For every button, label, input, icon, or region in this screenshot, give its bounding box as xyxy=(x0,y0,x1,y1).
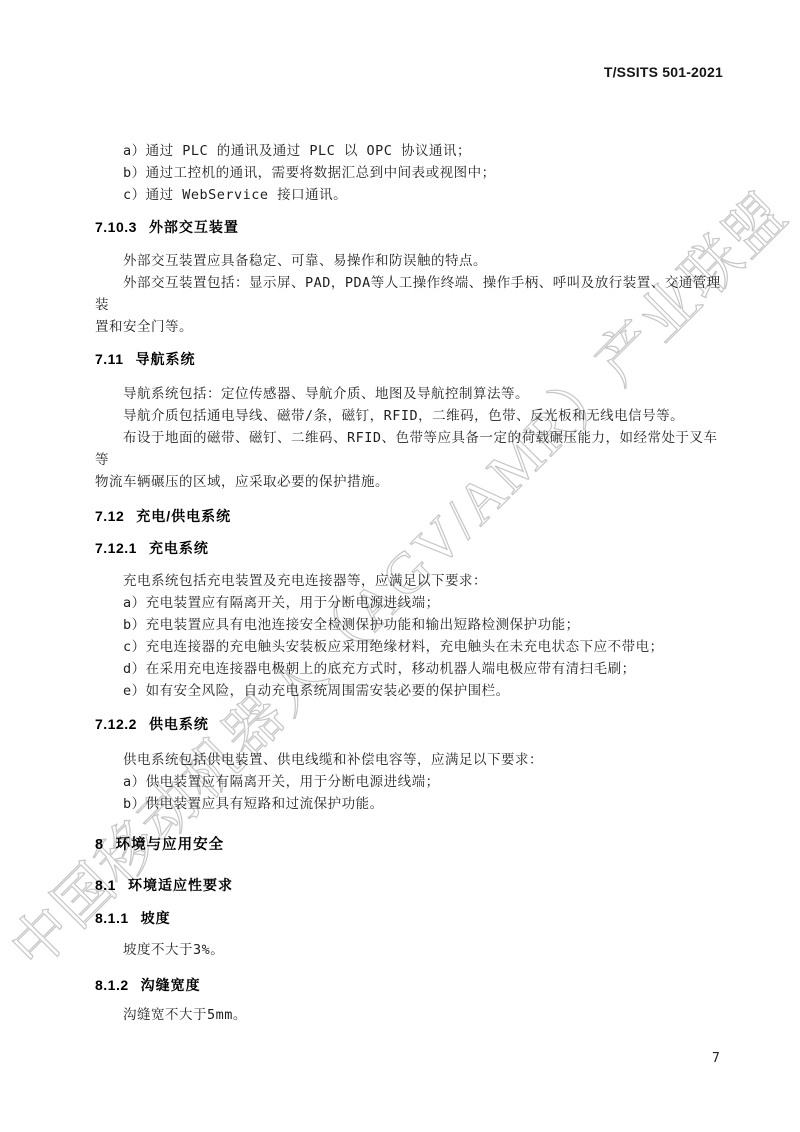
heading-title: 环境适应性要求 xyxy=(128,877,233,893)
list-item: b）充电装置应具有电池连接安全检测保护功能和输出短路检测保护功能； xyxy=(95,614,729,636)
heading-number: 7.12 xyxy=(95,508,124,524)
heading-title: 导航系统 xyxy=(135,351,195,367)
paragraph: 外部交互装置应具备稳定、可靠、易操作和防误触的特点。 xyxy=(95,250,729,272)
list-item: b）通过工控机的通讯，需要将数据汇总到中间表或视图中； xyxy=(95,162,729,184)
heading-8-1-1: 8.1.1坡度 xyxy=(95,907,729,929)
heading-number: 8 xyxy=(95,837,104,853)
page-number: 7 xyxy=(712,1051,720,1066)
paragraph-line: 布设于地面的磁带、磁钉、二维码、RFID、色带等应具备一定的荷载碾压能力，如经常… xyxy=(95,427,729,471)
heading-title: 外部交互装置 xyxy=(149,219,239,235)
list-item: a）供电装置应有隔离开关，用于分断电源进线端； xyxy=(95,771,729,793)
heading-title: 充电/供电系统 xyxy=(136,508,231,524)
standard-code-header: T/SSITS 501-2021 xyxy=(604,64,723,80)
heading-number: 7.12.2 xyxy=(95,716,137,732)
paragraph: 供电系统包括供电装置、供电线缆和补偿电容等，应满足以下要求： xyxy=(95,749,729,771)
paragraph: 导航系统包括：定位传感器、导航介质、地图及导航控制算法等。 xyxy=(95,383,729,405)
list-item: d）在采用充电连接器电极朝上的底充方式时，移动机器人端电极应带有清扫毛刷； xyxy=(95,658,729,680)
list-item: c）充电连接器的充电触头安装板应采用绝缘材料，充电触头在未充电状态下应不带电； xyxy=(95,636,729,658)
list-item: b）供电装置应具有短路和过流保护功能。 xyxy=(95,793,729,815)
paragraph: 坡度不大于3%。 xyxy=(95,939,729,961)
heading-8-1-2: 8.1.2沟缝宽度 xyxy=(95,974,729,996)
paragraph-line: 置和安全门等。 xyxy=(95,316,729,338)
heading-7-12-2: 7.12.2供电系统 xyxy=(95,713,729,735)
list-item: a）充电装置应有隔离开关，用于分断电源进线端； xyxy=(95,592,729,614)
heading-number: 8.1.1 xyxy=(95,910,129,926)
heading-7-11: 7.11导航系统 xyxy=(95,348,729,370)
document-page: 中国移动机器人（AGV/AMR）产业联盟 T/SSITS 501-2021 a）… xyxy=(0,0,800,1132)
heading-number: 7.11 xyxy=(95,351,123,367)
heading-8: 8环境与应用安全 xyxy=(95,834,729,856)
heading-7-12: 7.12充电/供电系统 xyxy=(95,505,729,527)
paragraph-line: 物流车辆碾压的区域，应采取必要的保护措施。 xyxy=(95,471,729,493)
paragraph: 导航介质包括通电导线、磁带/条，磁钉，RFID，二维码，色带、反光板和无线电信号… xyxy=(95,405,729,427)
list-item: c）通过 WebService 接口通讯。 xyxy=(95,184,729,206)
paragraph-line: 外部交互装置包括：显示屏、PAD，PDA等人工操作终端、操作手柄、呼叫及放行装置… xyxy=(95,272,729,316)
list-item: e）如有安全风险，自动充电系统周围需安装必要的保护围栏。 xyxy=(95,680,729,702)
heading-7-10-3: 7.10.3外部交互装置 xyxy=(95,216,729,238)
heading-7-12-1: 7.12.1充电系统 xyxy=(95,537,729,559)
list-item: a）通过 PLC 的通讯及通过 PLC 以 OPC 协议通讯； xyxy=(95,140,729,162)
heading-title: 坡度 xyxy=(141,910,171,926)
document-content: a）通过 PLC 的通讯及通过 PLC 以 OPC 协议通讯； b）通过工控机的… xyxy=(95,140,729,1026)
heading-title: 沟缝宽度 xyxy=(141,977,201,993)
heading-number: 7.10.3 xyxy=(95,219,137,235)
heading-number: 8.1.2 xyxy=(95,977,129,993)
heading-number: 7.12.1 xyxy=(95,540,137,556)
heading-title: 充电系统 xyxy=(149,540,209,556)
heading-number: 8.1 xyxy=(95,877,116,893)
heading-title: 环境与应用安全 xyxy=(116,837,225,853)
heading-8-1: 8.1环境适应性要求 xyxy=(95,874,729,896)
paragraph: 沟缝宽不大于5mm。 xyxy=(95,1004,729,1026)
heading-title: 供电系统 xyxy=(149,716,209,732)
paragraph: 充电系统包括充电装置及充电连接器等，应满足以下要求： xyxy=(95,570,729,592)
